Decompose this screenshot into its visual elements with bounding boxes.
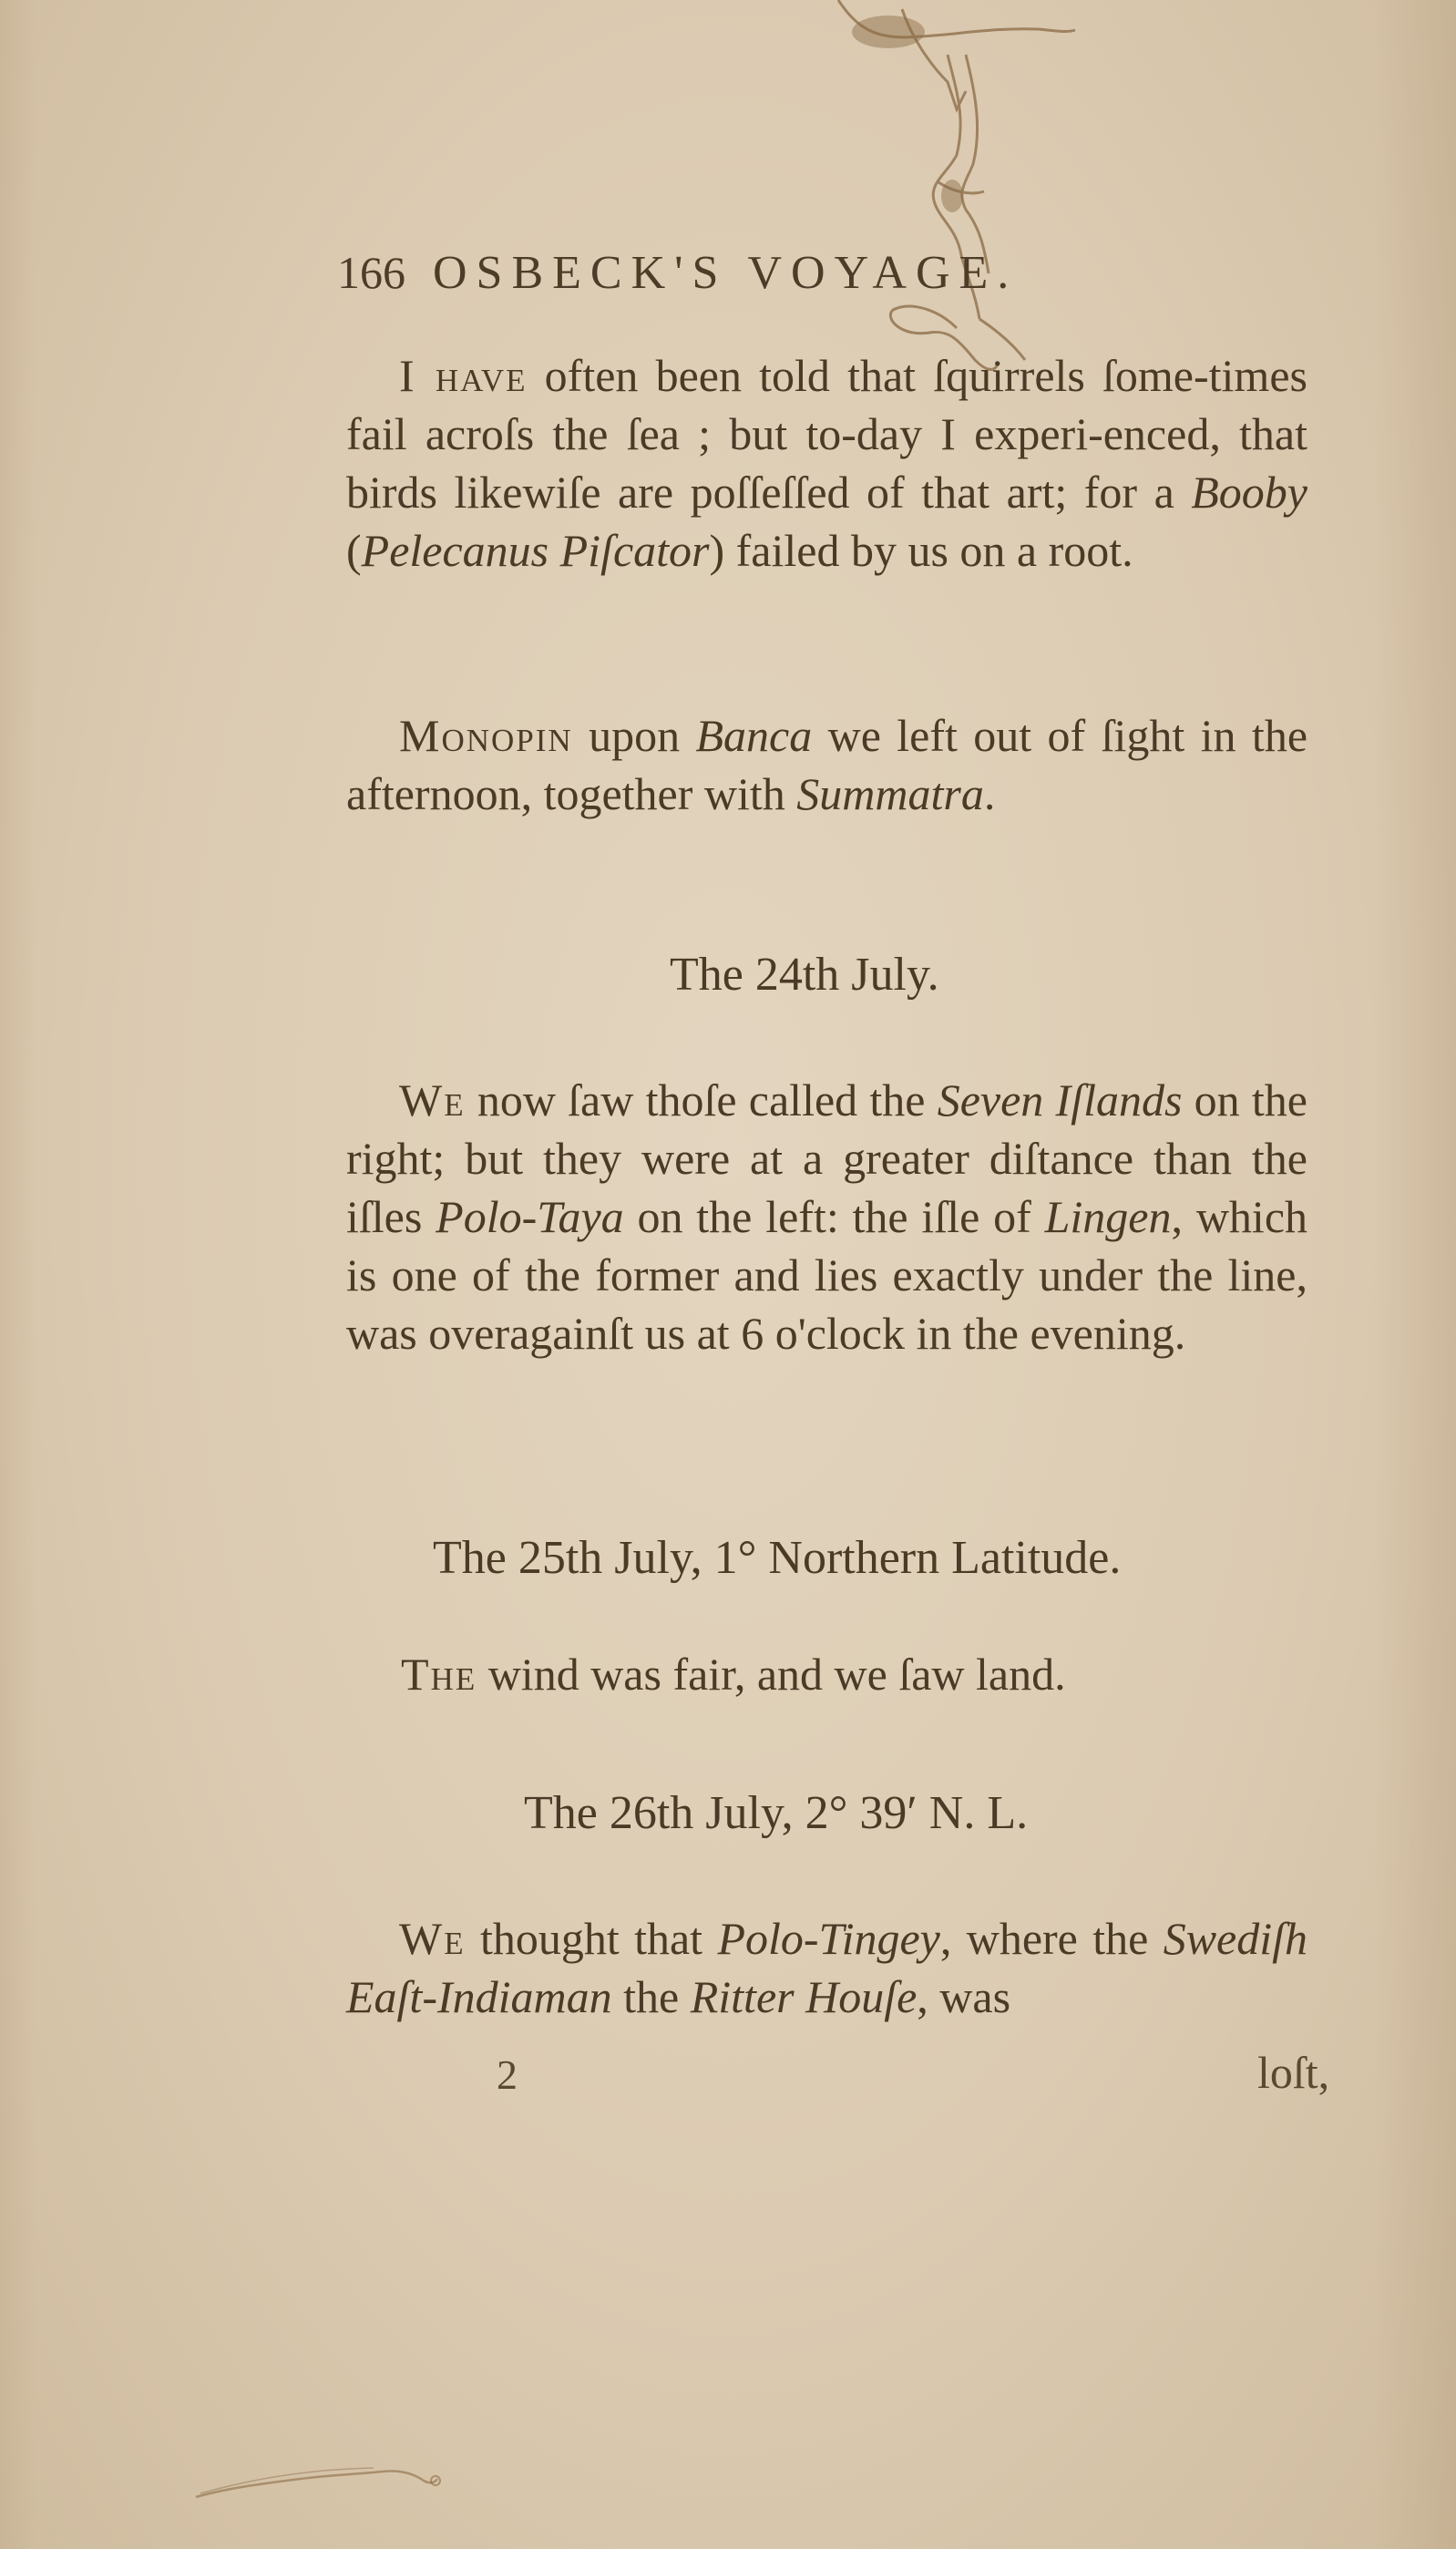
italic-ship-ritter-house: Ritter Houſe bbox=[691, 1971, 918, 2022]
paragraph-text: , was bbox=[917, 1971, 1010, 2022]
page-edge-shadow-left bbox=[0, 0, 36, 2549]
root-sketch-icon bbox=[820, 0, 1203, 383]
paragraph-text: wind was fair, and we ſaw land. bbox=[477, 1649, 1065, 1700]
page-number: 166 bbox=[337, 247, 405, 298]
book-page: 166OSBECK'S VOYAGE. I have often been to… bbox=[0, 0, 1456, 2549]
signature-mark: 2 bbox=[497, 2051, 518, 2099]
paragraph-lead: Monopin bbox=[399, 710, 573, 761]
paragraph-text: ( bbox=[346, 525, 362, 576]
paragraph-text: now ſaw thoſe called the bbox=[466, 1074, 938, 1125]
date-heading-24th-july: The 24th July. bbox=[670, 948, 939, 1002]
italic-place-polo-taya: Polo-Taya bbox=[436, 1191, 624, 1242]
paragraph-text: ) failed by us on a root. bbox=[710, 525, 1133, 576]
catchword: loſt, bbox=[1257, 2046, 1329, 2099]
paragraph-text: on the left: the iſle of bbox=[624, 1191, 1045, 1242]
paragraph-text: upon bbox=[573, 710, 696, 761]
paragraph-lead: The bbox=[401, 1649, 477, 1700]
italic-term-booby: Booby bbox=[1191, 467, 1307, 518]
paragraph-text: thought that bbox=[466, 1913, 718, 1964]
date-heading-26th-july: The 26th July, 2° 39′ N. L. bbox=[524, 1786, 1028, 1840]
italic-place-polo-tingey: Polo-Tingey bbox=[717, 1913, 939, 1964]
paragraph-lead: I have bbox=[399, 350, 528, 401]
italic-place-seven-islands: Seven Iſlands bbox=[938, 1074, 1183, 1125]
italic-place-sumatra: Summatra bbox=[796, 768, 984, 819]
page-edge-shadow-right bbox=[1374, 0, 1456, 2549]
paragraph-monopin: Monopin upon Banca we left out of ſight … bbox=[346, 706, 1307, 823]
twig-sketch-icon bbox=[191, 2451, 446, 2506]
paragraph-wind: The wind was fair, and we ſaw land. bbox=[401, 1645, 1362, 1703]
paragraph-squirrels: I have often been told that ſquirrels ſo… bbox=[346, 346, 1307, 580]
running-head: 166OSBECK'S VOYAGE. bbox=[337, 246, 1257, 300]
running-title: OSBECK'S VOYAGE. bbox=[433, 247, 1018, 299]
paragraph-text: the bbox=[612, 1971, 691, 2022]
paragraph-text: . bbox=[984, 768, 996, 819]
italic-term-latin-name: Pelecanus Piſcator bbox=[362, 525, 710, 576]
date-heading-25th-july: The 25th July, 1° Northern Latitude. bbox=[433, 1531, 1121, 1585]
italic-place-lingen: Lingen bbox=[1045, 1191, 1172, 1242]
paragraph-polo-tingey: We thought that Polo-Tingey, where the S… bbox=[346, 1909, 1307, 2026]
paragraph-lead: We bbox=[399, 1074, 466, 1125]
paragraph-text: , where the bbox=[940, 1913, 1164, 1964]
paragraph-lead: We bbox=[399, 1913, 466, 1964]
paragraph-seven-islands: We now ſaw thoſe called the Seven Iſland… bbox=[346, 1071, 1307, 1362]
italic-place-banca: Banca bbox=[695, 710, 812, 761]
